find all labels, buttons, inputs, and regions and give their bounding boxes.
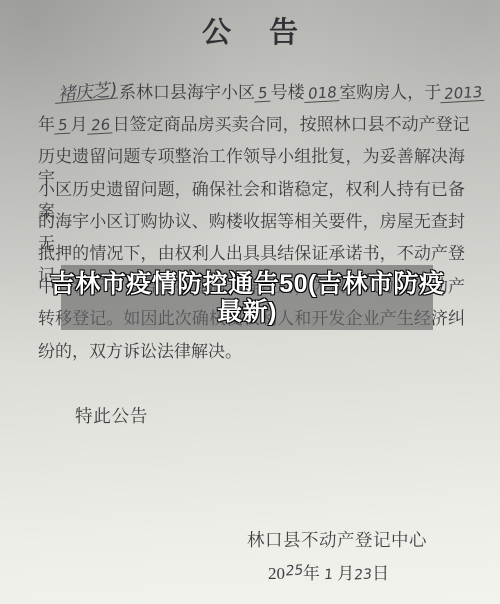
body-line-4: 小区历史遗留问题，确保社会和谐稳定，权利人持有已备案: [38, 179, 465, 203]
date-year-label: 年: [303, 564, 320, 583]
handwritten-name: 褚庆芝): [55, 82, 120, 104]
handwritten-date-day: 23: [354, 567, 373, 583]
line2-print-3: 日签定商品房买卖合同，按照林口县不动产登记: [113, 115, 470, 134]
body-line-6: 抵押的情况下，由权利人出具具结保证承诺书，不动产登记: [38, 243, 465, 267]
date-prefix: 20: [268, 564, 285, 583]
notice-photo: 公告 褚庆芝)系林口县海宇小区5号楼018室购房人，于2013 年5月26日签定…: [0, 0, 500, 604]
title-char-2: 告: [269, 17, 298, 49]
body-line-1: 褚庆芝)系林口县海宇小区5号楼018室购房人，于2013: [56, 82, 486, 106]
handwritten-room-no: 018: [304, 85, 340, 103]
line1-print-1: 系林口县海宇小区: [119, 83, 255, 102]
handwritten-building-no: 5: [254, 86, 271, 103]
date-day-label: 日: [372, 564, 389, 583]
caption-banner: 吉林市疫情防控通告50(吉林市防疫 最新): [61, 265, 433, 330]
line1-print-3: 室购房人，于: [339, 83, 441, 102]
handwritten-date-month: 1: [323, 568, 333, 584]
handwritten-month: 5: [54, 118, 71, 135]
body-line-2: 年5月26日签定商品房买卖合同，按照林口县不动产登记: [38, 114, 465, 138]
closing-phrase: 特此公告: [75, 403, 148, 428]
issuer-signature: 林口县不动产登记中心: [247, 527, 427, 552]
body-line-9: 纷的，双方诉讼法律解决。: [38, 341, 465, 365]
notice-title: 公告: [0, 10, 500, 51]
issue-date: 2025年 1 月23日: [268, 559, 389, 584]
body-line-3: 历史遗留问题专项整治工作领导小组批复，为妥善解决海宇: [38, 146, 465, 170]
title-char-1: 公: [202, 17, 231, 49]
handwritten-date-year: 25: [285, 563, 304, 579]
line2-print-2: 月: [71, 115, 88, 134]
line2-print-1: 年: [38, 115, 55, 134]
body-line-5: 的海宇小区订购协议、购楼收据等相关要件，房屋无查封无: [38, 211, 465, 235]
caption-line-1: 吉林市疫情防控通告50(吉林市防疫: [50, 270, 445, 298]
handwritten-year: 2013: [441, 85, 487, 103]
handwritten-day: 26: [87, 117, 113, 134]
date-month-label: 月: [337, 564, 354, 583]
caption-line-2: 最新): [217, 298, 277, 326]
line1-print-2: 号楼: [271, 83, 305, 102]
